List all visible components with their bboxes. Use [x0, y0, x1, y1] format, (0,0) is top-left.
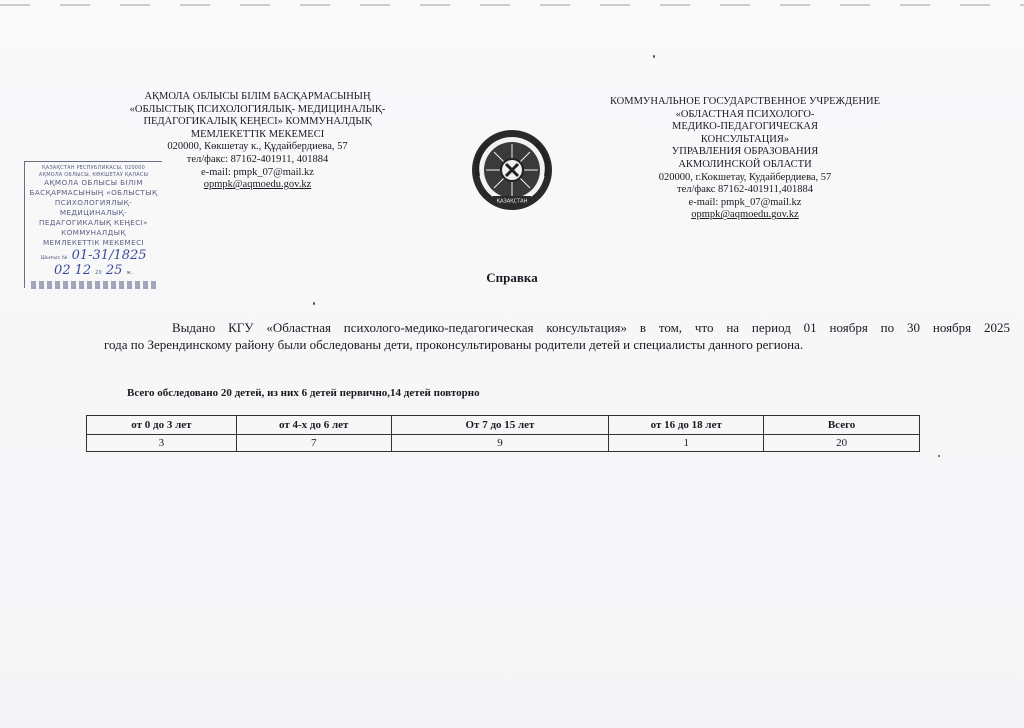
header-right-email: e-mail: pmpk_07@mail.kz [590, 197, 900, 210]
body-paragraph: Выдано КГУ «Областная психолого-медико-п… [104, 319, 1010, 353]
header-right-line: УПРАВЛЕНИЯ ОБРАЗОВАНИЯ [590, 146, 900, 159]
stamp-outgoing-row: Шығыс № 01-31/1825 [25, 248, 162, 263]
document-title: Справка [0, 270, 1024, 286]
body-line-2: года по Зерендинскому району были обслед… [104, 336, 1010, 353]
table-header-cell: от 4-х до 6 лет [236, 416, 391, 435]
state-emblem-icon: ҚАЗАҚСТАН [468, 126, 556, 214]
header-left-line: МЕМЛЕКЕТТІК МЕКЕМЕСІ [105, 129, 410, 142]
table-cell: 9 [391, 435, 609, 452]
stamp-line: ПЕДАГОГИКАЛЫҚ КЕҢЕСІ» [25, 218, 162, 228]
stamp-line: МЕДИЦИНАЛЫҚ- [25, 208, 162, 218]
scan-speck [653, 55, 655, 58]
header-right-russian: КОММУНАЛЬНОЕ ГОСУДАРСТВЕННОЕ УЧРЕЖДЕНИЕ … [590, 96, 900, 222]
scan-speck [938, 455, 940, 457]
stamp-outgoing-number: 01-31/1825 [72, 248, 147, 263]
table-cell: 3 [87, 435, 237, 452]
table-row: 3 7 9 1 20 [87, 435, 920, 452]
stamp-line: МЕМЛЕКЕТТІК МЕКЕМЕСІ [25, 238, 162, 248]
table-cell: 20 [764, 435, 920, 452]
header-right-line: МЕДИКО-ПЕДАГОГИЧЕСКАЯ [590, 121, 900, 134]
stamp-line: АҚМОЛА ОБЛЫСЫ БІЛІМ [25, 178, 162, 188]
age-statistics-table: от 0 до 3 лет от 4-х до 6 лет От 7 до 15… [86, 415, 920, 452]
header-left-address: 020000, Көкшетау к., Құдайбердиева, 57 [105, 141, 410, 154]
table-header-cell: От 7 до 15 лет [391, 416, 609, 435]
stamp-line: ПСИХОЛОГИЯЛЫҚ- [25, 198, 162, 208]
table-header-cell: от 0 до 3 лет [87, 416, 237, 435]
table-cell: 7 [236, 435, 391, 452]
body-line-1: Выдано КГУ «Областная психолого-медико-п… [104, 319, 1010, 336]
stamp-line: ҚАЗАҚСТАН РЕСПУБЛИКАСЫ, 020000 [25, 165, 162, 172]
stamp-outgoing-label: Шығыс № [40, 255, 67, 262]
stamp-line: КОММУНАЛДЫҚ [25, 228, 162, 238]
table-header-cell: Всего [764, 416, 920, 435]
header-left-line: «ОБЛЫСТЫҚ ПСИХОЛОГИЯЛЫҚ- МЕДИЦИНАЛЫҚ- [105, 104, 410, 117]
summary-line: Всего обследовано 20 детей, из них 6 дет… [127, 387, 480, 399]
table-header-row: от 0 до 3 лет от 4-х до 6 лет От 7 до 15… [87, 416, 920, 435]
header-right-line: АКМОЛИНСКОЙ ОБЛАСТИ [590, 159, 900, 172]
header-right-line: КОММУНАЛЬНОЕ ГОСУДАРСТВЕННОЕ УЧРЕЖДЕНИЕ [590, 96, 900, 109]
table-header-cell: от 16 до 18 лет [609, 416, 764, 435]
svg-text:ҚАЗАҚСТАН: ҚАЗАҚСТАН [497, 199, 528, 205]
table-cell: 1 [609, 435, 764, 452]
header-right-email-link[interactable]: opmpk@aqmoedu.gov.kz [590, 209, 900, 222]
header-left-line: ПЕДАГОГИКАЛЫҚ КЕҢЕСІ» КОММУНАЛДЫҚ [105, 116, 410, 129]
header-right-line: КОНСУЛЬТАЦИЯ» [590, 134, 900, 147]
header-left-line: АҚМОЛА ОБЛЫСЫ БІЛІМ БАСҚАРМАСЫНЫҢ [105, 91, 410, 104]
scan-artifact [0, 4, 1024, 6]
stamp-line: БАСҚАРМАСЫНЫҢ «ОБЛЫСТЫҚ [25, 188, 162, 198]
header-right-line: «ОБЛАСТНАЯ ПСИХОЛОГО- [590, 109, 900, 122]
outgoing-stamp: ҚАЗАҚСТАН РЕСПУБЛИКАСЫ, 020000 АҚМОЛА ОБ… [24, 161, 162, 288]
header-right-address: 020000, г.Кокшетау, Кудайбердиева, 57 [590, 172, 900, 185]
header-right-phone: тел/факс 87162-401911,401884 [590, 184, 900, 197]
scan-speck [313, 302, 315, 305]
document-page: АҚМОЛА ОБЛЫСЫ БІЛІМ БАСҚАРМАСЫНЫҢ «ОБЛЫС… [0, 0, 1024, 728]
